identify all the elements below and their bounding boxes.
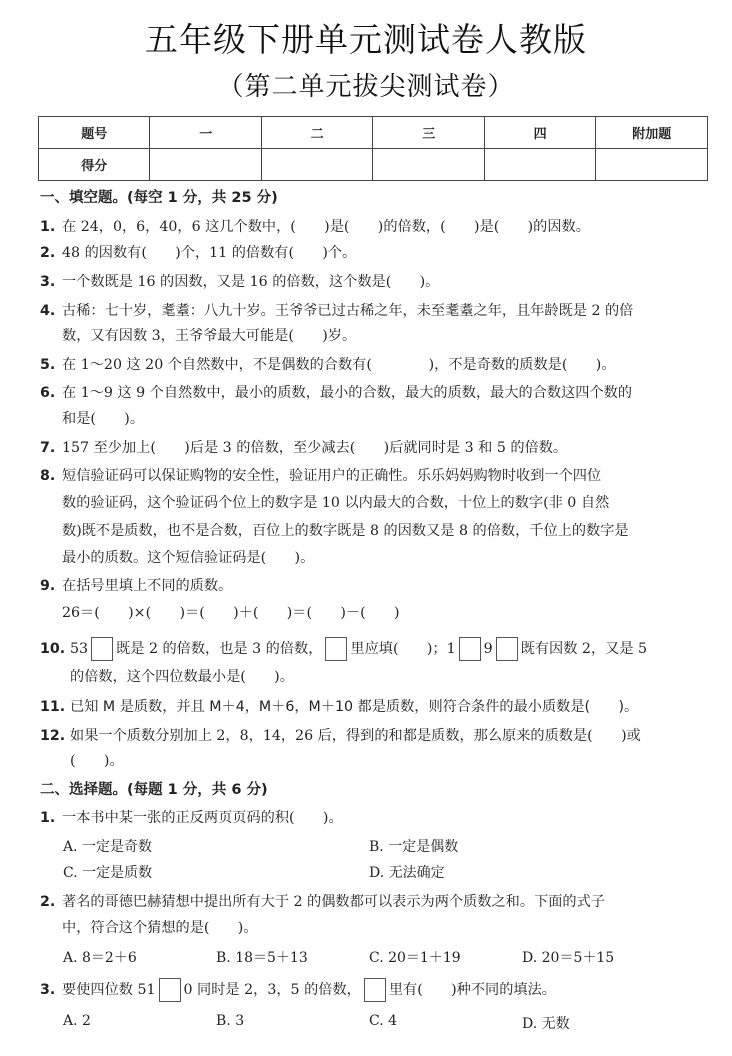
score-cell: 四 xyxy=(484,117,595,149)
choice-question-3: 3.要使四位数 510 同时是 2，3，5 的倍数，里有( )种不同的填法。 xyxy=(40,978,712,1002)
option-d[interactable]: D. 20＝5＋15 xyxy=(522,947,614,967)
score-cell: 得分 xyxy=(39,149,150,181)
question-6: 6.在 1～9 这 9 个自然数中，最小的质数，最小的合数，最大的质数，最大的合… xyxy=(40,383,712,403)
answer-box[interactable] xyxy=(159,978,181,1002)
question-12-cont: ( )。 xyxy=(70,751,712,771)
question-9-equation: 26＝( )×( )＝( )＋( )＝( )－( ) xyxy=(62,603,712,623)
page-title: 五年级下册单元测试卷人教版 xyxy=(0,14,732,61)
option-d[interactable]: D. 无法确定 xyxy=(369,862,445,882)
question-4: 4.古稀：七十岁，耄耋：八九十岁。王爷爷已过古稀之年，未至耄耋之年，且年龄既是 … xyxy=(40,301,712,321)
question-10-cont: 的倍数，这个四位数最小是( )。 xyxy=(70,667,712,687)
score-table: 题号 一 二 三 四 附加题 得分 xyxy=(38,116,708,181)
score-cell: 二 xyxy=(261,117,372,149)
question-8-cont: 数)既不是质数，也不是合数，百位上的数字既是 8 的因数又是 8 的倍数，千位上… xyxy=(62,521,712,541)
option-c[interactable]: C. 20＝1＋19 xyxy=(369,947,461,967)
score-input-cell[interactable] xyxy=(150,149,261,181)
page-subtitle: （第二单元拔尖测试卷） xyxy=(0,66,732,103)
score-input-cell[interactable] xyxy=(484,149,595,181)
score-input-cell[interactable] xyxy=(261,149,372,181)
score-table-score-row: 得分 xyxy=(39,149,708,181)
choice-question-1: 1.一本书中某一张的正反两页页码的积( )。 xyxy=(40,808,712,828)
question-12: 12.如果一个质数分别加上 2，8，14，26 后，得到的和都是质数，那么原来的… xyxy=(40,726,712,746)
score-cell: 题号 xyxy=(39,117,150,149)
option-b[interactable]: B. 一定是偶数 xyxy=(369,836,458,856)
option-d[interactable]: D. 无数 xyxy=(522,1013,570,1033)
score-cell: 附加题 xyxy=(596,117,708,149)
question-8-cont: 数的验证码，这个验证码个位上的数字是 10 以内最大的合数，十位上的数字(非 0… xyxy=(62,493,712,513)
question-10: 10.53既是 2 的倍数，也是 3 的倍数，里应填( )；19既有因数 2，又… xyxy=(40,637,712,661)
answer-box[interactable] xyxy=(91,637,113,661)
answer-box[interactable] xyxy=(325,637,347,661)
option-c[interactable]: C. 一定是质数 xyxy=(63,862,152,882)
section-heading: 一、填空题。(每空 1 分，共 25 分) xyxy=(40,188,712,208)
question-4-cont: 数，又有因数 3，王爷爷最大可能是( )岁。 xyxy=(62,326,712,346)
section-heading: 二、选择题。(每题 1 分，共 6 分) xyxy=(40,780,712,800)
score-cell: 一 xyxy=(150,117,261,149)
question-11: 11.已知 M 是质数，并且 M＋4，M＋6，M＋10 都是质数，则符合条件的最… xyxy=(40,697,712,717)
question-8-cont: 最小的质数。这个短信验证码是( )。 xyxy=(62,548,712,568)
question-6-cont: 和是( )。 xyxy=(62,409,712,429)
question-8: 8.短信验证码可以保证购物的安全性，验证用户的正确性。乐乐妈妈购物时收到一个四位 xyxy=(40,466,712,486)
choice-question-2-cont: 中，符合这个猜想的是( )。 xyxy=(62,918,712,938)
score-input-cell[interactable] xyxy=(596,149,708,181)
option-b[interactable]: B. 3 xyxy=(216,1013,244,1029)
option-b[interactable]: B. 18＝5＋13 xyxy=(216,947,308,967)
question-7: 7.157 至少加上( )后是 3 的倍数，至少减去( )后就同时是 3 和 5… xyxy=(40,438,712,458)
choice-question-2: 2.著名的哥德巴赫猜想中提出所有大于 2 的偶数都可以表示为两个质数之和。下面的… xyxy=(40,892,712,912)
option-c[interactable]: C. 4 xyxy=(369,1013,397,1029)
answer-box[interactable] xyxy=(459,637,481,661)
score-input-cell[interactable] xyxy=(373,149,484,181)
option-a[interactable]: A. 一定是奇数 xyxy=(63,836,152,856)
question-2: 2.48 的因数有( )个，11 的倍数有( )个。 xyxy=(40,243,712,263)
option-a[interactable]: A. 2 xyxy=(63,1013,91,1029)
score-table-header-row: 题号 一 二 三 四 附加题 xyxy=(39,117,708,149)
question-9: 9.在括号里填上不同的质数。 xyxy=(40,576,712,596)
answer-box[interactable] xyxy=(364,978,386,1002)
option-a[interactable]: A. 8＝2＋6 xyxy=(63,947,137,967)
question-3: 3.一个数既是 16 的因数，又是 16 的倍数，这个数是( )。 xyxy=(40,272,712,292)
answer-box[interactable] xyxy=(496,637,518,661)
question-5: 5.在 1～20 这 20 个自然数中，不是偶数的合数有( )，不是奇数的质数是… xyxy=(40,355,712,375)
score-cell: 三 xyxy=(373,117,484,149)
question-1: 1.在 24，0，6，40，6 这几个数中，( )是( )的倍数，( )是( )… xyxy=(40,217,712,237)
